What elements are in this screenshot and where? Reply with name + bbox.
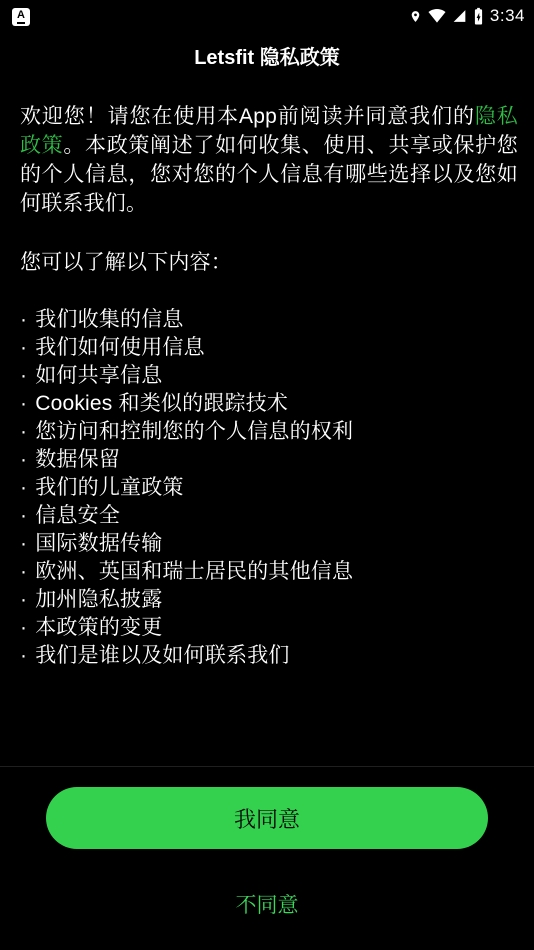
topic-label: 我们是谁以及如何联系我们 — [35, 644, 289, 667]
list-item: · 我们如何使用信息 — [20, 334, 518, 362]
bullet-marker: · — [20, 644, 35, 667]
topic-label: 我们的儿童政策 — [35, 476, 183, 499]
intro-paragraph: 欢迎您！请您在使用本App前阅读并同意我们的隐私政策。本政策阐述了如何收集、使用… — [20, 102, 518, 218]
list-item: · Cookies 和类似的跟踪技术 — [20, 390, 518, 418]
topic-label: 国际数据传输 — [35, 532, 162, 555]
list-item: · 欧洲、英国和瑞士居民的其他信息 — [20, 558, 518, 586]
list-item: · 您访问和控制您的个人信息的权利 — [20, 418, 518, 446]
bullet-marker: · — [20, 364, 35, 387]
list-item: · 加州隐私披露 — [20, 586, 518, 614]
status-time: 3:34 — [490, 6, 525, 26]
status-icons: 3:34 — [409, 6, 525, 26]
topic-label: 我们收集的信息 — [35, 308, 183, 331]
intro-text-before: 欢迎您！请您在使用本App前阅读并同意我们的 — [20, 105, 475, 128]
bullet-marker: · — [20, 476, 35, 499]
topic-label: 信息安全 — [35, 504, 120, 527]
location-icon — [409, 8, 422, 25]
bullet-marker: · — [20, 504, 35, 527]
status-bar: A — [0, 0, 534, 32]
bullet-marker: · — [20, 336, 35, 359]
consent-action-panel: 我同意 不同意 — [0, 766, 534, 950]
battery-charging-icon — [473, 7, 484, 25]
list-item: · 我们是谁以及如何联系我们 — [20, 642, 518, 670]
topic-label: 数据保留 — [35, 448, 120, 471]
cellular-signal-icon — [452, 9, 467, 23]
app-badge-submark — [17, 22, 25, 24]
page-title: Letsfit 隐私政策 — [0, 46, 534, 70]
list-item: · 信息安全 — [20, 502, 518, 530]
bullet-marker: · — [20, 308, 35, 331]
privacy-policy-screen: A — [0, 0, 534, 950]
bullet-marker: · — [20, 560, 35, 583]
topic-label: 您访问和控制您的个人信息的权利 — [35, 420, 353, 443]
topic-label: 如何共享信息 — [35, 364, 162, 387]
topic-label: 欧洲、英国和瑞士居民的其他信息 — [35, 560, 353, 583]
wifi-icon — [428, 9, 446, 23]
bullet-marker: · — [20, 588, 35, 611]
list-item: · 本政策的变更 — [20, 614, 518, 642]
topic-label: Cookies 和类似的跟踪技术 — [35, 392, 288, 415]
bullet-marker: · — [20, 420, 35, 443]
list-item: · 国际数据传输 — [20, 530, 518, 558]
bullet-marker: · — [20, 532, 35, 555]
list-item: · 数据保留 — [20, 446, 518, 474]
agree-button[interactable]: 我同意 — [46, 787, 488, 849]
list-item: · 如何共享信息 — [20, 362, 518, 390]
bullet-marker: · — [20, 448, 35, 471]
topic-label: 加州隐私披露 — [35, 588, 162, 611]
topic-label: 本政策的变更 — [35, 616, 162, 639]
app-badge-letter: A — [17, 10, 25, 21]
topic-label: 我们如何使用信息 — [35, 336, 205, 359]
bullet-marker: · — [20, 392, 35, 415]
list-item: · 我们的儿童政策 — [20, 474, 518, 502]
policy-content: 欢迎您！请您在使用本App前阅读并同意我们的隐私政策。本政策阐述了如何收集、使用… — [20, 102, 518, 670]
intro-text-after: 。本政策阐述了如何收集、使用、共享或保护您的个人信息，您对您的个人信息有哪些选择… — [20, 134, 518, 215]
bullet-marker: · — [20, 616, 35, 639]
disagree-button[interactable]: 不同意 — [0, 889, 534, 919]
section-heading: 您可以了解以下内容： — [20, 248, 518, 277]
list-item: · 我们收集的信息 — [20, 306, 518, 334]
notification-app-badge-icon: A — [12, 8, 30, 26]
topics-list: · 我们收集的信息· 我们如何使用信息· 如何共享信息· Cookies 和类似… — [20, 306, 518, 670]
